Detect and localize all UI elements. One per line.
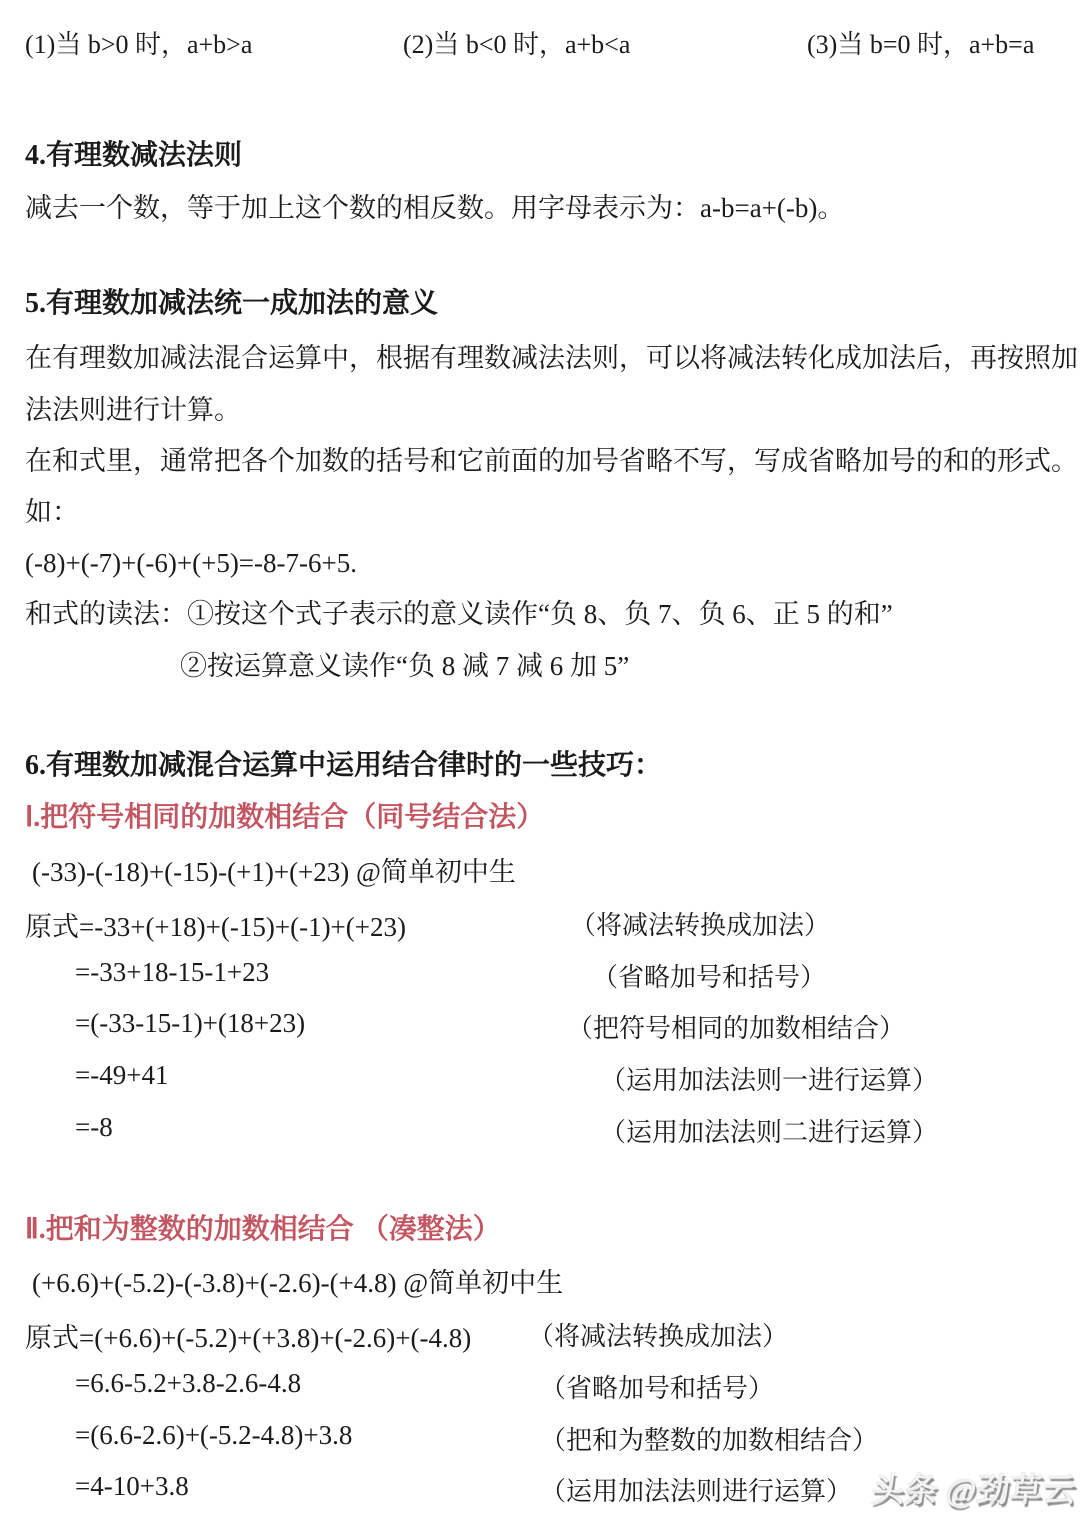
step-formula: 原式=-33+(+18)+(-15)+(-1)+(+23) bbox=[25, 905, 406, 944]
section5-example-label: 如： bbox=[25, 494, 79, 530]
method2-heading: Ⅱ.把和为整数的加数相结合 （凑整法） bbox=[25, 1212, 501, 1248]
section6-title: 6.有理数加减混合运算中运用结合律时的一些技巧： bbox=[25, 748, 662, 784]
case-1: (1)当 b>0 时，a+b>a bbox=[25, 24, 252, 61]
step-comment: （省略加号和括号） bbox=[540, 1368, 774, 1405]
step-formula: =(6.6-2.6)+(-5.2-4.8)+3.8 bbox=[75, 1420, 352, 1451]
step-comment: （将减法转换成加法） bbox=[570, 905, 830, 942]
cases-row: (1)当 b>0 时，a+b>a (2)当 b<0 时，a+b<a (3)当 b… bbox=[0, 24, 1080, 60]
step-formula: =-8 bbox=[75, 1112, 113, 1143]
method1-step-4: =-49+41 （运用加法法则一进行运算） bbox=[0, 1060, 1080, 1096]
case-2: (2)当 b<0 时，a+b<a bbox=[403, 24, 630, 61]
section5-title: 5.有理数加减法统一成加法的意义 bbox=[25, 286, 438, 322]
method2-problem: (+6.6)+(-5.2)-(-3.8)+(-2.6)-(+4.8) @简单初中… bbox=[32, 1265, 563, 1301]
step-comment: （运用加法法则进行运算） bbox=[540, 1471, 852, 1508]
section5-paragraph2: 在和式里，通常把各个加数的括号和它前面的加号省略不写，写成省略加号的和的形式。 bbox=[25, 443, 1078, 479]
method2-step-2: =6.6-5.2+3.8-2.6-4.8 （省略加号和括号） bbox=[0, 1368, 1080, 1404]
section5-reading-2: ②按运算意义读作“负 8 减 7 减 6 加 5” bbox=[180, 648, 629, 684]
method1-problem: (-33)-(-18)+(-15)-(+1)+(+23) @简单初中生 bbox=[32, 854, 516, 890]
step-comment: （运用加法法则二进行运算） bbox=[600, 1112, 938, 1149]
method1-step-3: =(-33-15-1)+(18+23) （把符号相同的加数相结合） bbox=[0, 1008, 1080, 1044]
section4-title: 4.有理数减法法则 bbox=[25, 138, 242, 174]
section4-body: 减去一个数，等于加上这个数的相反数。用字母表示为：a-b=a+(-b)。 bbox=[25, 190, 844, 226]
step-formula: =-33+18-15-1+23 bbox=[75, 957, 269, 988]
section5-formula: (-8)+(-7)+(-6)+(+5)=-8-7-6+5. bbox=[25, 545, 357, 581]
method1-step-5: =-8 （运用加法法则二进行运算） bbox=[0, 1112, 1080, 1148]
case-3: (3)当 b=0 时，a+b=a bbox=[807, 24, 1034, 61]
method2-step-3: =(6.6-2.6)+(-5.2-4.8)+3.8 （把和为整数的加数相结合） bbox=[0, 1420, 1080, 1456]
step-formula: =6.6-5.2+3.8-2.6-4.8 bbox=[75, 1368, 301, 1399]
section5-reading-1: 和式的读法：①按这个式子表示的意义读作“负 8、负 7、负 6、正 5 的和” bbox=[25, 596, 893, 632]
method2-step-1: 原式=(+6.6)+(-5.2)+(+3.8)+(-2.6)+(-4.8) （将… bbox=[0, 1316, 1080, 1352]
step-formula: 原式=(+6.6)+(-5.2)+(+3.8)+(-2.6)+(-4.8) bbox=[25, 1316, 471, 1355]
step-comment: （省略加号和括号） bbox=[592, 957, 826, 994]
method1-heading: Ⅰ.把符号相同的加数相结合（同号结合法） bbox=[25, 800, 544, 836]
section5-paragraph1-line2: 法法则进行计算。 bbox=[25, 392, 241, 428]
method1-step-1: 原式=-33+(+18)+(-15)+(-1)+(+23) （将减法转换成加法） bbox=[0, 905, 1080, 941]
step-comment: （将减法转换成加法） bbox=[528, 1316, 788, 1353]
step-formula: =4-10+3.8 bbox=[75, 1471, 189, 1502]
document-page: (1)当 b>0 时，a+b>a (2)当 b<0 时，a+b<a (3)当 b… bbox=[0, 0, 1080, 1532]
step-comment: （把符号相同的加数相结合） bbox=[567, 1008, 905, 1045]
step-formula: =-49+41 bbox=[75, 1060, 168, 1091]
section5-paragraph1-line1: 在有理数加减法混合运算中，根据有理数减法法则，可以将减法转化成加法后，再按照加 bbox=[25, 340, 1078, 376]
step-formula: =(-33-15-1)+(18+23) bbox=[75, 1008, 305, 1039]
step-comment: （把和为整数的加数相结合） bbox=[540, 1420, 878, 1457]
step-comment: （运用加法法则一进行运算） bbox=[600, 1060, 938, 1097]
watermark: 头条 @劲草云 bbox=[870, 1464, 1079, 1511]
method1-step-2: =-33+18-15-1+23 （省略加号和括号） bbox=[0, 957, 1080, 993]
